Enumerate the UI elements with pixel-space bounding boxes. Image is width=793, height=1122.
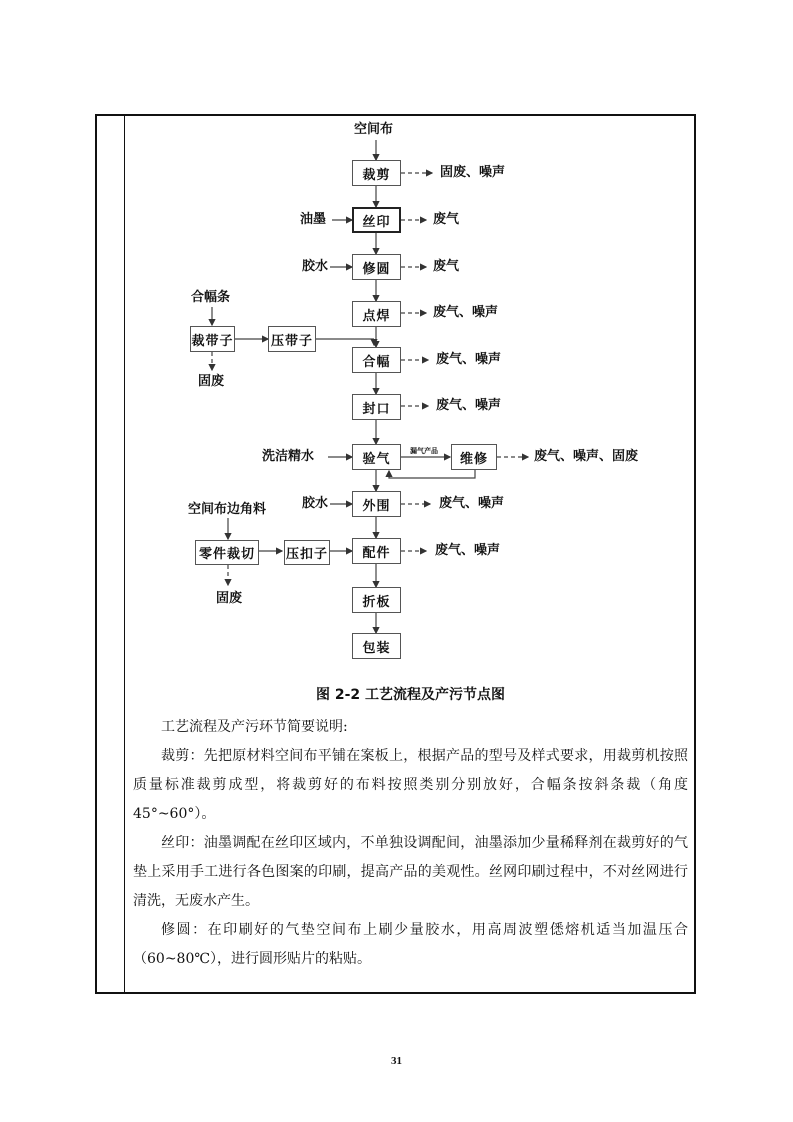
description-paragraph-trim-round: 修圆：在印刷好的气垫空间布上刷少量胶水，用高周波塑僁熔机适当加温压合（60~80… — [133, 916, 688, 974]
description-intro: 工艺流程及产污环节简要说明: — [133, 713, 688, 742]
process-box-press-strap: 压带子 — [268, 326, 316, 352]
input-label-fabric-scraps: 空间布边角料 — [188, 502, 266, 518]
output-label-silk-print: 废气 — [433, 212, 459, 228]
input-label-merge-strip: 合幅条 — [191, 290, 230, 306]
output-label-outer: 废气、噪声 — [439, 496, 504, 512]
input-label-glue: 胶水 — [302, 259, 328, 275]
process-box-air-test: 验气 — [352, 444, 401, 470]
process-box-fold: 折板 — [352, 587, 401, 613]
process-box-package: 包装 — [352, 633, 401, 659]
page-number: 31 — [0, 1055, 793, 1067]
process-box-spot-weld: 点焊 — [352, 301, 401, 327]
process-box-press-button: 压扣子 — [284, 540, 330, 565]
output-label-accessories: 废气、噪声 — [435, 543, 500, 559]
flow-connectors — [0, 0, 793, 680]
process-box-cutting: 裁剪 — [352, 160, 401, 186]
process-box-part-cutting: 零件裁切 — [195, 540, 259, 565]
edge-label-leaking-product: 漏气产品 — [410, 446, 438, 456]
description-text: 工艺流程及产污环节简要说明: 裁剪：先把原材料空间布平铺在案板上，根据产品的型号… — [133, 713, 688, 974]
output-label-spot-weld: 废气、噪声 — [433, 305, 498, 321]
input-label-ink: 油墨 — [300, 212, 326, 228]
output-label-merge: 废气、噪声 — [436, 352, 501, 368]
process-box-silk-print: 丝印 — [352, 207, 401, 233]
input-label-detergent-water: 洗洁精水 — [262, 449, 314, 465]
output-label-cutting: 固废、噪声 — [440, 165, 505, 181]
waste-label-cut-strap: 固废 — [198, 374, 224, 390]
description-paragraph-silk-print: 丝印：油墨调配在丝印区域内，不单独设调配间，油墨添加少量稀释剂在裁剪好的气垫上采… — [133, 829, 688, 916]
document-page: 空间布 裁剪 丝印 修圆 点焊 合幅 封口 验气 外围 配件 折板 包装 油墨 … — [0, 0, 793, 1122]
process-box-seal: 封口 — [352, 394, 401, 420]
output-label-trim-round: 废气 — [433, 259, 459, 275]
process-box-trim-round: 修圆 — [352, 254, 401, 280]
process-box-merge: 合幅 — [352, 347, 401, 373]
output-label-seal: 废气、噪声 — [436, 398, 501, 414]
process-box-cut-strap: 裁带子 — [190, 326, 235, 352]
figure-caption: 图 2-2 工艺流程及产污节点图 — [125, 684, 696, 704]
process-flow-diagram: 空间布 裁剪 丝印 修圆 点焊 合幅 封口 验气 外围 配件 折板 包装 油墨 … — [0, 0, 793, 680]
waste-label-part-cutting: 固废 — [216, 591, 242, 607]
input-label-glue-2: 胶水 — [302, 496, 328, 512]
input-label-raw-fabric: 空间布 — [354, 122, 393, 138]
output-label-repair: 废气、噪声、固废 — [534, 449, 638, 465]
process-box-accessories: 配件 — [352, 538, 401, 564]
description-paragraph-cutting: 裁剪：先把原材料空间布平铺在案板上，根据产品的型号及样式要求，用裁剪机按照质量标… — [133, 742, 688, 829]
process-box-outer: 外围 — [352, 491, 401, 517]
process-box-repair: 维修 — [451, 444, 497, 470]
